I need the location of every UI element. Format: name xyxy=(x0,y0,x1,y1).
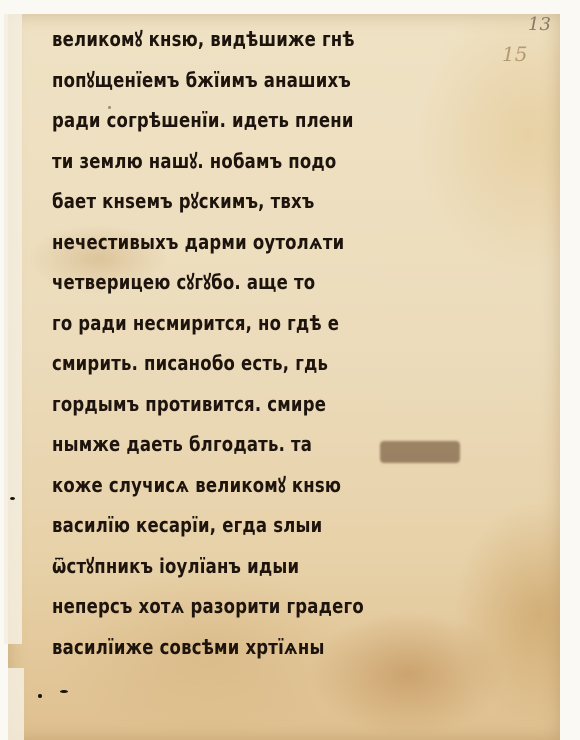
ink-spot xyxy=(108,106,111,109)
text-line: василїиже совсѣми хртїѧны xyxy=(52,622,482,673)
folio-number-stamp: 15 xyxy=(502,42,527,66)
ink-spot xyxy=(38,694,42,698)
manuscript-text: великомꙋ кнѕю, видѣшиже гнѣ попꙋщенїемъ … xyxy=(52,20,482,668)
binding-strip xyxy=(4,14,22,644)
folio-number-pencil: 13 xyxy=(528,14,551,35)
ink-spot xyxy=(10,497,15,500)
ink-smudge xyxy=(380,441,460,463)
binding-strip-lower xyxy=(8,668,24,740)
ink-spot xyxy=(60,690,68,693)
scan-margin xyxy=(560,0,580,740)
